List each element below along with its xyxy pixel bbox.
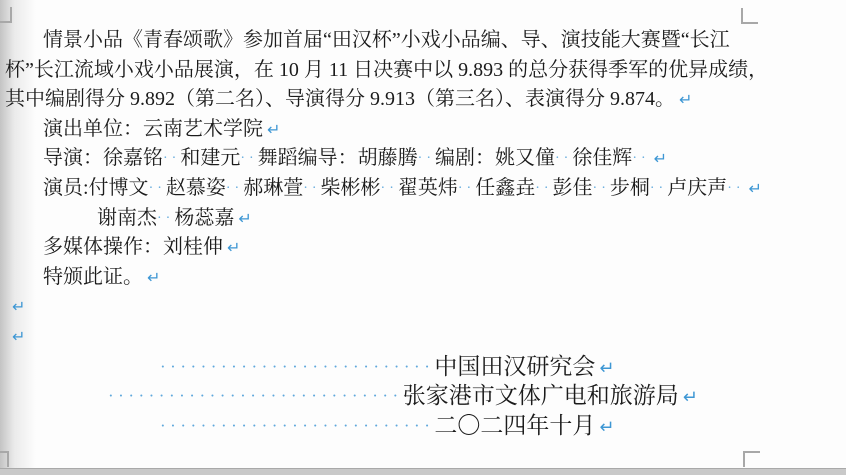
paragraph-mark-icon: ↵ <box>683 387 698 408</box>
signature-org-2[interactable]: ·····························张家港市文体广电和旅游… <box>108 381 846 411</box>
space-format-marks: ·· <box>163 151 180 166</box>
text-run: 彭佳 <box>553 177 593 199</box>
text-run: 赵慕姿 <box>166 177 226 199</box>
margin-crop-mark-top-right <box>741 8 758 24</box>
space-format-marks: ·· <box>632 151 649 166</box>
page-bottom-edge <box>0 468 846 475</box>
paragraph-mark-icon: ↵ <box>599 417 614 438</box>
body-para1-line2[interactable]: 杯”长江流域小戏小品展演，在 10 月 11 日决赛中以 9.893 的总分获得… <box>5 56 846 86</box>
paragraph-mark-icon: ↵ <box>12 297 25 316</box>
space-format-marks: ·· <box>157 211 174 226</box>
paragraph-mark-icon: ↵ <box>12 327 25 346</box>
paragraph-mark-icon: ↵ <box>749 179 762 198</box>
paragraph-mark-icon: ↵ <box>227 238 240 257</box>
text-run: 情景小品《青春颂歌》参加首届“田汉杯”小戏小品编、导、演技能大赛暨“长江 <box>43 29 730 51</box>
paragraph-mark-icon: ↵ <box>679 90 692 109</box>
text-run: 张家港市文体广电和旅游局 <box>403 383 679 408</box>
body-para1-line3[interactable]: 其中编剧得分 9.892（第二名）、导演得分 9.913（第三名）、表演得分 9… <box>5 85 846 115</box>
text-run: 导演：徐嘉铭 <box>43 147 163 169</box>
paragraph-mark-icon: ↵ <box>267 120 280 139</box>
text-run: 郝琳萱 <box>243 177 303 199</box>
margin-crop-mark-top-left <box>0 7 12 23</box>
space-format-marks: ·· <box>303 181 320 196</box>
margin-crop-mark-bottom-right <box>743 451 760 467</box>
text-run: 演出单位：云南艺术学院 <box>43 118 263 140</box>
document-text-area[interactable]: 情景小品《青春颂歌》参加首届“田汉杯”小戏小品编、导、演技能大赛暨“长江杯”长江… <box>5 26 846 440</box>
text-run: 任鑫垚 <box>475 177 535 199</box>
line-multimedia-operator[interactable]: 多媒体操作：刘桂伸↵ <box>43 233 846 263</box>
text-run: 中国田汉研究会 <box>434 354 595 379</box>
text-run: 杯”长江流域小戏小品展演，在 10 月 11 日决赛中以 9.893 的总分获得… <box>5 59 768 81</box>
space-format-marks: ·· <box>535 181 552 196</box>
text-run: 二〇二四年十月 <box>434 413 595 438</box>
line-actors[interactable]: 演员:付博文··赵慕姿··郝琳萱··柴彬彬··翟英炜··任鑫垚··彭佳··步桐·… <box>43 174 846 204</box>
space-format-marks: ·· <box>458 181 475 196</box>
text-run: 翟英炜 <box>398 177 458 199</box>
text-run: 柴彬彬 <box>321 177 381 199</box>
line-hereby-certified[interactable]: 特颁此证。↵ <box>43 263 846 293</box>
space-format-marks: ····························· <box>108 386 403 405</box>
empty-paragraph-1[interactable]: ↵ <box>8 292 846 322</box>
space-format-marks: ·· <box>555 151 572 166</box>
margin-crop-mark-bottom-left <box>0 451 9 467</box>
body-para1-line1[interactable]: 情景小品《青春颂歌》参加首届“田汉杯”小戏小品编、导、演技能大赛暨“长江 <box>43 26 846 56</box>
space-format-marks: ··························· <box>160 357 434 376</box>
text-run: 编剧：姚又僮 <box>435 147 555 169</box>
space-format-marks: ·· <box>650 181 667 196</box>
text-run: 特颁此证。 <box>43 266 143 288</box>
line-actors-continued[interactable]: 谢南杰··杨蕊嘉↵ <box>97 204 846 234</box>
space-format-marks: ·· <box>418 151 435 166</box>
space-format-marks: ·· <box>727 181 744 196</box>
space-format-marks: ·· <box>226 181 243 196</box>
line-directors[interactable]: 导演：徐嘉铭··和建元··舞蹈编导：胡藤腾··编剧：姚又僮··徐佳辉··↵ <box>43 144 846 174</box>
space-format-marks: ·· <box>381 181 398 196</box>
signature-date[interactable]: ···························二〇二四年十月↵ <box>160 411 846 441</box>
paragraph-mark-icon: ↵ <box>238 209 251 228</box>
document-page[interactable]: 情景小品《青春颂歌》参加首届“田汉杯”小戏小品编、导、演技能大赛暨“长江杯”长江… <box>0 0 846 475</box>
text-run: 卢庆声 <box>667 177 727 199</box>
signature-org-1[interactable]: ···························中国田汉研究会↵ <box>160 352 846 382</box>
space-format-marks: ··························· <box>160 416 434 435</box>
text-run: 其中编剧得分 9.892（第二名）、导演得分 9.913（第三名）、表演得分 9… <box>5 88 675 110</box>
paragraph-mark-icon: ↵ <box>147 268 160 287</box>
text-run: 舞蹈编导：胡藤腾 <box>258 147 418 169</box>
text-run: 多媒体操作：刘桂伸 <box>43 236 223 258</box>
paragraph-mark-icon: ↵ <box>599 358 614 379</box>
empty-paragraph-2[interactable]: ↵ <box>8 322 846 352</box>
text-run: 谢南杰 <box>97 207 157 229</box>
line-performing-unit[interactable]: 演出单位：云南艺术学院↵ <box>43 115 846 145</box>
text-run: 杨蕊嘉 <box>174 207 234 229</box>
space-format-marks: ·· <box>240 151 257 166</box>
paragraph-mark-icon: ↵ <box>654 149 667 168</box>
text-run: 徐佳辉 <box>572 147 632 169</box>
text-run: 和建元 <box>180 147 240 169</box>
text-run: 步桐 <box>610 177 650 199</box>
space-format-marks: ·· <box>149 181 166 196</box>
text-run: 演员:付博文 <box>43 177 149 199</box>
space-format-marks: ·· <box>593 181 610 196</box>
